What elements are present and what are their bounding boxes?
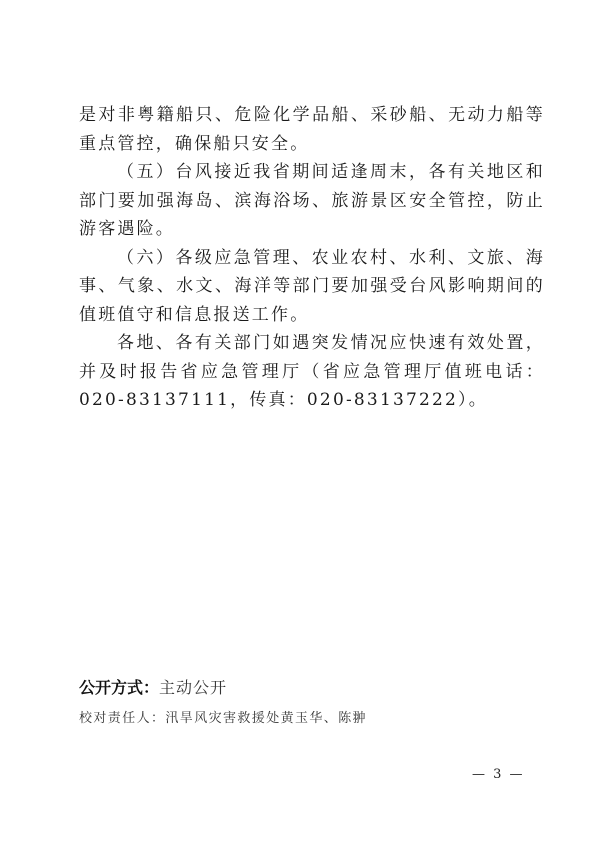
document-body: 是对非粤籍船只、危险化学品船、采砂船、无动力船等重点管控，确保船只安全。 （五）…: [79, 101, 545, 415]
document-page: 是对非粤籍船只、危险化学品船、采砂船、无动力船等重点管控，确保船只安全。 （五）…: [0, 0, 600, 844]
proofreader-line: 校对责任人：汛旱风灾害救援处黄玉华、陈翀: [79, 709, 367, 729]
paragraph-contact-notice: 各地、各有关部门如遇突发情况应快速有效处置，并及时报告省应急管理厅（省应急管理厅…: [79, 329, 545, 415]
paragraph-item-5: （五）台风接近我省期间适逢周末，各有关地区和部门要加强海岛、滨海浴场、旅游景区安…: [79, 158, 545, 244]
page-number: — 3 —: [472, 766, 525, 784]
paragraph-continuation: 是对非粤籍船只、危险化学品船、采砂船、无动力船等重点管控，确保船只安全。: [79, 101, 545, 158]
disclosure-label: 公开方式：: [79, 678, 159, 697]
paragraph-item-6: （六）各级应急管理、农业农村、水利、文旅、海事、气象、水文、海洋等部门要加强受台…: [79, 244, 545, 330]
disclosure-method: 公开方式：主动公开: [79, 677, 227, 699]
disclosure-value: 主动公开: [159, 678, 227, 697]
